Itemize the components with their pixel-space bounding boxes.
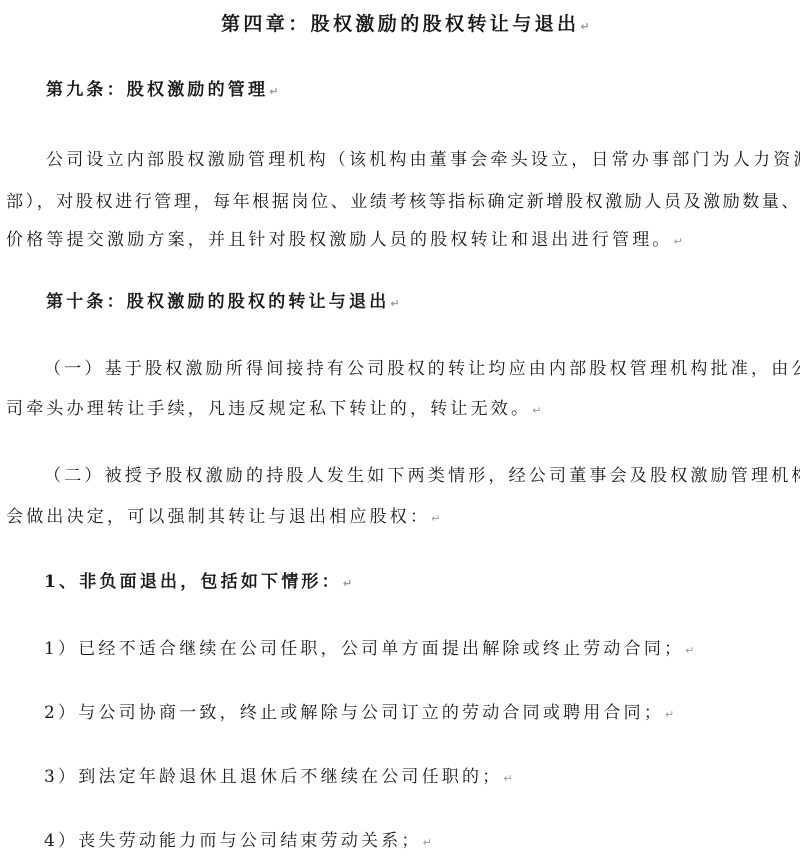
list-item-3: 3）到法定年龄退休且退休后不继续在公司任职的；↵ — [44, 765, 513, 791]
paragraph-mark-icon: ↵ — [674, 235, 683, 248]
paragraph-mark-icon: ↵ — [343, 577, 352, 590]
paragraph-mark-icon: ↵ — [532, 404, 541, 417]
section1-heading: 1、非负面退出，包括如下情形：↵ — [44, 570, 352, 596]
article10-heading: 第十条：股权激励的股权的转让与退出↵ — [46, 290, 400, 316]
paragraph-mark-icon: ↵ — [665, 708, 674, 721]
article9-line-2: 部），对股权进行管理，每年根据岗位、业绩考核等指标确定新增股权激励人员及激励数量… — [6, 190, 800, 214]
clause2-line-2: 会做出决定，可以强制其转让与退出相应股权：↵ — [6, 505, 440, 531]
clause2-line-1: （二）被授予股权激励的持股人发生如下两类情形，经公司董事会及股权激励管理机构 — [44, 464, 800, 488]
clause1-line-1: （一）基于股权激励所得间接持有公司股权的转让均应由内部股权管理机构批准，由公 — [44, 357, 800, 381]
list-item-1: 1）已经不适合继续在公司任职，公司单方面提出解除或终止劳动合同；↵ — [44, 637, 694, 663]
clause1-line-2: 司牵头办理转让手续，凡违反规定私下转让的，转让无效。↵ — [6, 397, 541, 423]
list-item-4: 4）丧失劳动能力而与公司结束劳动关系；↵ — [44, 829, 432, 855]
paragraph-mark-icon: ↵ — [423, 836, 432, 849]
paragraph-mark-icon: ↵ — [503, 772, 512, 785]
article9-line-3: 价格等提交激励方案，并且针对股权激励人员的股权转让和退出进行管理。↵ — [6, 228, 683, 254]
list-item-2: 2）与公司协商一致，终止或解除与公司订立的劳动合同或聘用合同；↵ — [44, 701, 674, 727]
paragraph-mark-icon: ↵ — [431, 512, 440, 525]
article9-line-1: 公司设立内部股权激励管理机构（该机构由董事会牵头设立，日常办事部门为人力资源 — [46, 148, 800, 172]
paragraph-mark-icon: ↵ — [269, 85, 278, 98]
chapter-title: 第四章：股权激励的股权转让与退出↵ — [221, 12, 590, 39]
paragraph-mark-icon: ↵ — [580, 20, 589, 33]
article9-heading: 第九条：股权激励的管理↵ — [46, 78, 278, 104]
paragraph-mark-icon: ↵ — [685, 644, 694, 657]
paragraph-mark-icon: ↵ — [390, 297, 399, 310]
